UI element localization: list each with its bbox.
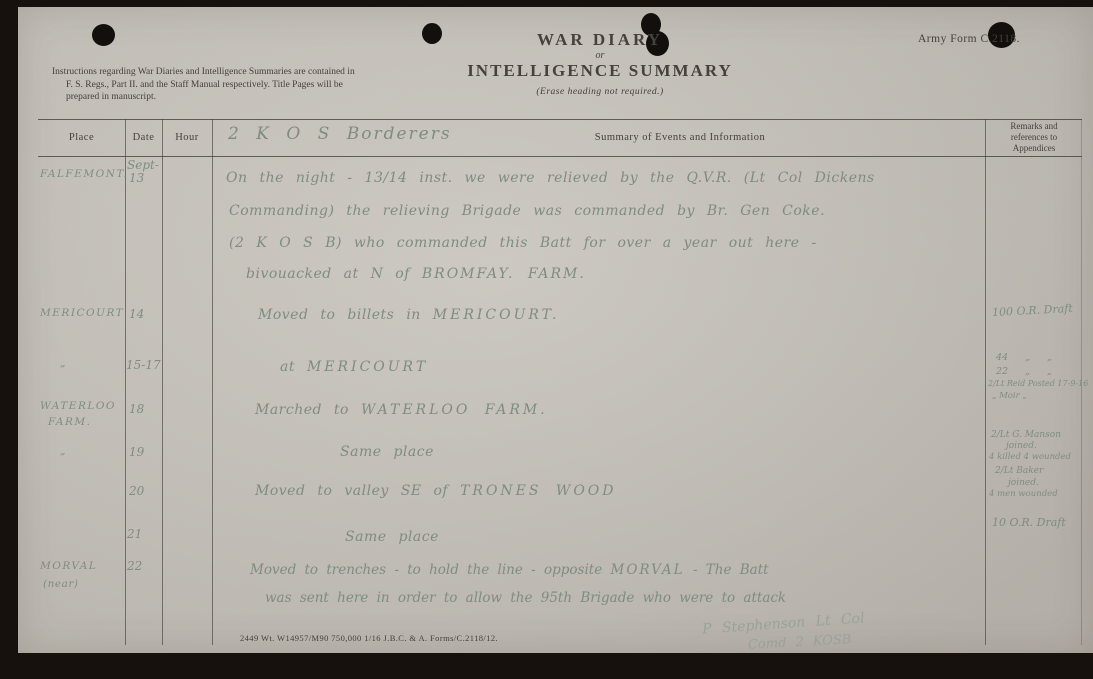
place-near: (near) — [43, 578, 78, 590]
place-mericourt: MERICOURT — [40, 307, 124, 319]
col-header-remarks: Remarks and references to Appendices — [987, 121, 1081, 154]
date-14: 14 — [129, 307, 144, 321]
summary-line: Marched to WATERLOO FARM. — [255, 402, 548, 418]
title-intelligence-summary: INTELLIGENCE SUMMARY — [425, 61, 775, 81]
remark-22: 22 „ „ — [996, 366, 1052, 377]
summary-line: Moved to trenches - to hold the line - o… — [250, 562, 769, 578]
summary-line: Same place — [340, 444, 434, 460]
col-header-hour: Hour — [162, 132, 212, 143]
remark-joined: joined. — [1008, 478, 1039, 488]
place-farm: FARM. — [48, 416, 91, 428]
army-form-number: Army Form C.2118. — [918, 33, 1020, 45]
col-divider-hour-summary — [212, 119, 213, 645]
remark-44: 44 „ „ — [996, 352, 1052, 363]
remark-10-or-draft: 10 O.R. Draft — [992, 516, 1066, 529]
date-13: 13 — [129, 171, 144, 185]
scanned-war-diary-page: Instructions regarding War Diaries and I… — [0, 0, 1093, 679]
hole-punch — [92, 24, 115, 46]
date-18: 18 — [129, 402, 144, 416]
summary-line: was sent here in order to allow the 95th… — [265, 590, 786, 606]
form-title-block: WAR DIARY or INTELLIGENCE SUMMARY (Erase… — [425, 30, 775, 97]
remark-joined: joined. — [1006, 441, 1037, 451]
remark-killed-wounded: 4 killed 4 wounded — [989, 452, 1071, 462]
remark-reid-posted: 2/Lt Reid Posted 17-9-16 — [988, 379, 1088, 388]
place-morval: MORVAL — [40, 560, 97, 572]
col-divider-summary-remarks — [985, 119, 986, 645]
month-sept: Sept- — [127, 158, 159, 172]
place-falfemont: FALFEMONT. — [40, 168, 128, 180]
summary-line: at MERICOURT — [280, 359, 428, 375]
instructions-note: Instructions regarding War Diaries and I… — [52, 66, 361, 104]
title-or: or — [425, 50, 775, 61]
table-top-rule — [38, 119, 1082, 120]
printer-imprint: 2449 Wt. W14957/M90 750,000 1/16 J.B.C. … — [240, 633, 498, 643]
remark-moir: „ Moir „ — [992, 391, 1027, 401]
col-header-date: Date — [125, 132, 162, 143]
remark-men-wounded: 4 men wounded — [989, 489, 1058, 499]
col-header-place: Place — [38, 132, 125, 143]
date-20: 20 — [129, 484, 144, 498]
summary-line: Same place — [345, 529, 439, 545]
place-ditto: „ — [60, 445, 67, 457]
summary-line: Moved to valley SE of TRONES WOOD — [255, 483, 617, 499]
summary-line: Moved to billets in MERICOURT. — [258, 307, 559, 323]
date-22: 22 — [127, 559, 142, 573]
col-divider-date-hour — [162, 119, 163, 645]
summary-line: (2 K O S B) who commanded this Batt for … — [229, 235, 817, 251]
remark-manson: 2/Lt G. Manson — [991, 430, 1061, 440]
date-19: 19 — [129, 445, 144, 459]
remark-baker: 2/Lt Baker — [995, 466, 1043, 476]
summary-line: bivouacked at N of BROMFAY. FARM. — [246, 266, 586, 282]
place-ditto: „ — [60, 357, 67, 369]
table-header-rule — [38, 156, 1082, 157]
title-war-diary: WAR DIARY — [425, 30, 775, 50]
col-divider-place-date — [125, 119, 126, 645]
col-header-summary: Summary of Events and Information — [480, 132, 880, 143]
date-15-17: 15-17 — [126, 358, 161, 372]
date-21: 21 — [127, 527, 142, 541]
title-erase-note: (Erase heading not required.) — [425, 87, 775, 97]
place-waterloo: WATERLOO — [40, 400, 116, 412]
summary-line: Commanding) the relieving Brigade was co… — [229, 203, 825, 219]
summary-line: On the night - 13/14 inst. we were relie… — [226, 170, 875, 186]
unit-heading-handwritten: 2 K O S Borderers — [228, 124, 452, 144]
paper-sheet — [18, 7, 1093, 653]
